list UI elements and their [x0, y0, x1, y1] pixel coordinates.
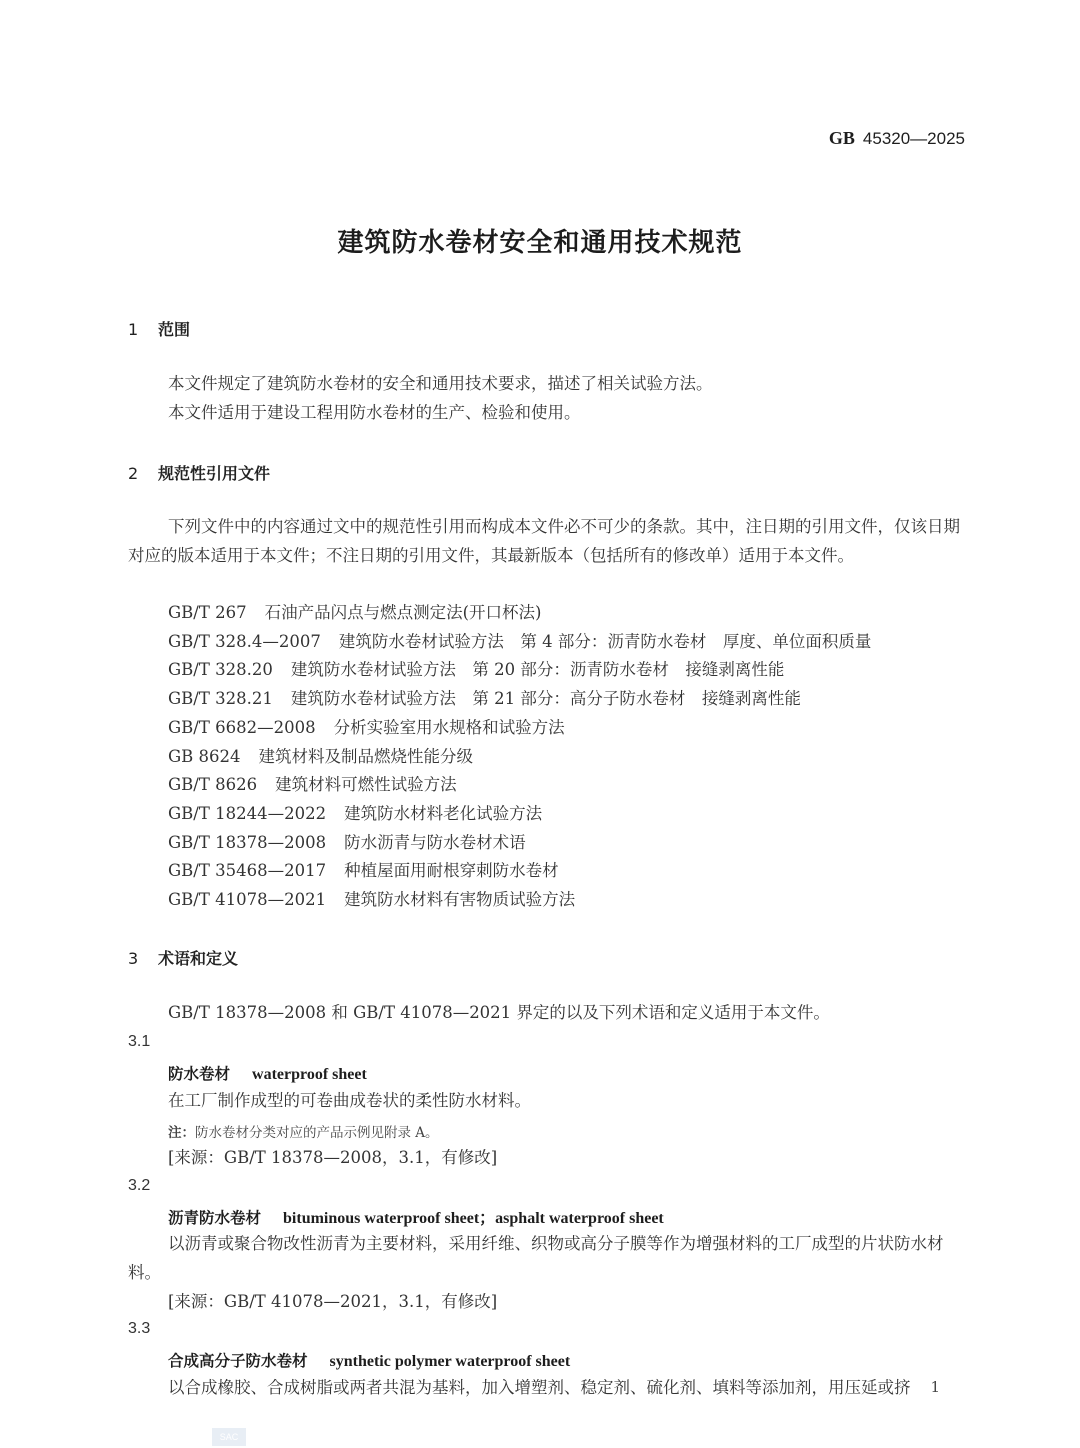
- reference-item: GB/T 8626建筑材料可燃性试验方法: [168, 771, 457, 800]
- reference-item: GB 8624建筑材料及制品燃烧性能分级: [168, 743, 473, 772]
- standard-code: GB45320—2025: [829, 128, 965, 149]
- term-definition: 在工厂制作成型的可卷曲成卷状的柔性防水材料。: [168, 1087, 531, 1116]
- terms-intro: GB/T 18378—2008 和 GB/T 41078—2021 界定的以及下…: [168, 999, 830, 1028]
- term-note: 注：防水卷材分类对应的产品示例见附录 A。: [168, 1121, 439, 1141]
- term-source: [来源：GB/T 41078—2021，3.1，有修改]: [168, 1288, 497, 1317]
- term-definition: 以合成橡胶、合成树脂或两者共混为基料，加入增塑剂、稳定剂、硫化剂、填料等添加剂，…: [168, 1374, 911, 1403]
- term-title: 沥青防水卷材bituminous waterproof sheet；asphal…: [168, 1205, 664, 1228]
- reference-item: GB/T 267石油产品闪点与燃点测定法(开口杯法): [168, 599, 541, 628]
- document-title: 建筑防水卷材安全和通用技术规范: [0, 222, 1080, 259]
- scope-paragraph: 本文件适用于建设工程用防水卷材的生产、检验和使用。: [168, 399, 581, 428]
- clause-number: 3.1: [128, 1033, 150, 1051]
- sac-logo: SAC: [212, 1428, 246, 1446]
- reference-item: GB/T 18378—2008防水沥青与防水卷材术语: [168, 829, 526, 858]
- reference-item: GB/T 328.4—2007建筑防水卷材试验方法 第 4 部分：沥青防水卷材 …: [168, 628, 871, 657]
- section-heading-scope: 1范围: [128, 317, 190, 340]
- reference-item: GB/T 328.20建筑防水卷材试验方法 第 20 部分：沥青防水卷材 接缝剥…: [168, 656, 784, 685]
- reference-item: GB/T 6682—2008分析实验室用水规格和试验方法: [168, 714, 565, 743]
- standard-prefix: GB: [829, 128, 855, 148]
- standard-number: 45320—2025: [863, 129, 965, 148]
- term-definition: 以沥青或聚合物改性沥青为主要材料，采用纤维、织物或高分子膜等作为增强材料的工厂成…: [128, 1230, 968, 1287]
- reference-item: GB/T 41078—2021建筑防水材料有害物质试验方法: [168, 886, 575, 915]
- clause-number: 3.2: [128, 1177, 150, 1195]
- reference-item: GB/T 18244—2022建筑防水材料老化试验方法: [168, 800, 542, 829]
- reference-item: GB/T 35468—2017种植屋面用耐根穿刺防水卷材: [168, 857, 559, 886]
- term-source: [来源：GB/T 18378—2008，3.1，有修改]: [168, 1144, 497, 1173]
- reference-item: GB/T 328.21建筑防水卷材试验方法 第 21 部分：高分子防水卷材 接缝…: [168, 685, 801, 714]
- page-number: 1: [930, 1378, 940, 1396]
- term-title: 合成高分子防水卷材synthetic polymer waterproof sh…: [168, 1349, 570, 1371]
- references-intro: 下列文件中的内容通过文中的规范性引用而构成本文件必不可少的条款。其中，注日期的引…: [128, 513, 968, 570]
- section-heading-terms-definitions: 3术语和定义: [128, 946, 238, 969]
- scope-paragraph: 本文件规定了建筑防水卷材的安全和通用技术要求，描述了相关试验方法。: [168, 370, 713, 399]
- section-heading-normative-references: 2规范性引用文件: [128, 461, 270, 484]
- clause-number: 3.3: [128, 1320, 150, 1338]
- term-title: 防水卷材waterproof sheet: [168, 1062, 367, 1084]
